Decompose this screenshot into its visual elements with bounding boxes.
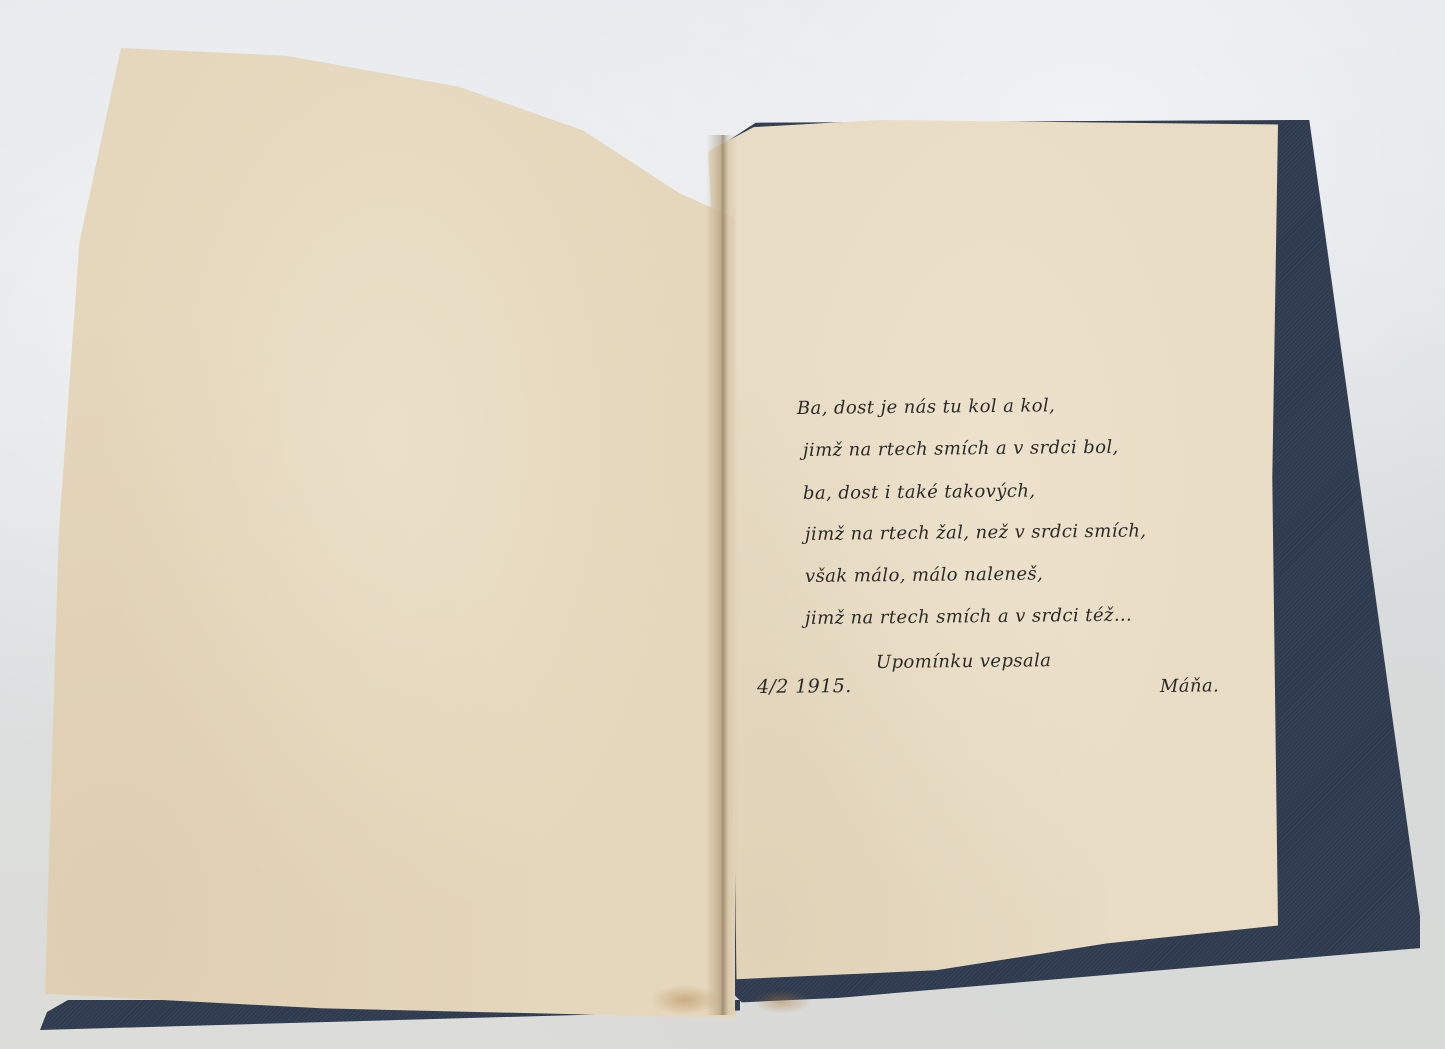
dedication-text: Upomínku vepsala bbox=[876, 650, 1052, 673]
poem-line-2: jimž na rtech smích a v srdci bol, bbox=[803, 437, 1119, 461]
poem-line-6: jimž na rtech smích a v srdci též… bbox=[805, 605, 1132, 629]
poem-line-3: ba, dost i také takových, bbox=[803, 481, 1036, 504]
signature: Máňa. bbox=[1160, 675, 1219, 697]
poem-line-1: Ba, dost je nás tu kol a kol, bbox=[797, 395, 1055, 419]
photo-scene: Ba, dost je nás tu kol a kol, jimž na rt… bbox=[0, 0, 1445, 1049]
handwritten-inscription: Ba, dost je nás tu kol a kol, jimž na rt… bbox=[0, 0, 1445, 1049]
inscription-date: 4/2 1915. bbox=[757, 675, 852, 698]
poem-line-4: jimž na rtech žal, než v srdci smích, bbox=[805, 520, 1147, 545]
poem-line-5: však málo, málo naleneš, bbox=[805, 564, 1043, 587]
